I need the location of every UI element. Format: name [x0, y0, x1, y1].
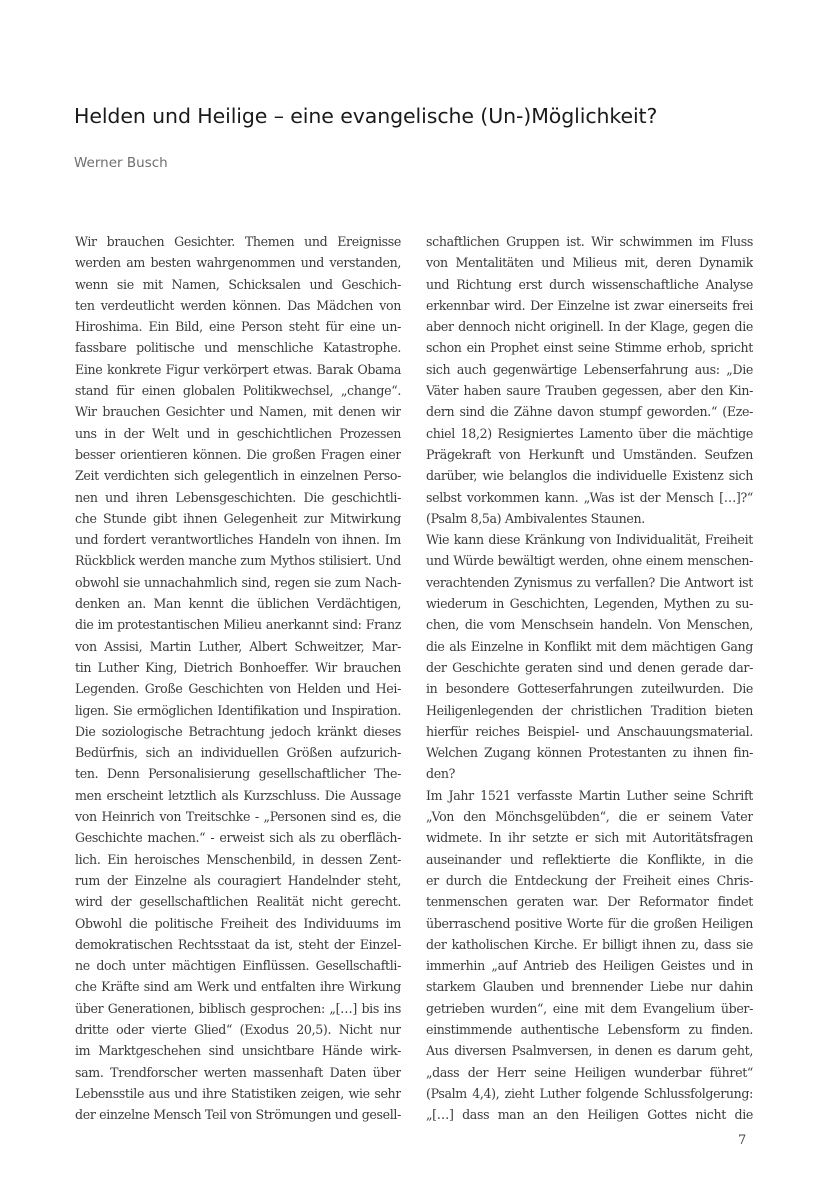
text-line: von Heinrich von Treitschke - „Personen …: [75, 806, 401, 827]
text-line: schon ein Prophet einst seine Stimme erh…: [426, 337, 753, 358]
text-column-left: Wir brauchen Gesichter. Themen und Ereig…: [75, 231, 401, 1125]
text-line: dern sind die Zähne davon stumpf geworde…: [426, 401, 753, 422]
page-number: 7: [738, 1133, 746, 1148]
text-line: Prägekraft von Herkunft und Umständen. S…: [426, 444, 753, 465]
text-line: getrieben wurden“, eine mit dem Evangeli…: [426, 998, 753, 1019]
text-line: „dass der Herr seine Heiligen wunderbar …: [426, 1062, 753, 1083]
text-line: der einzelne Mensch Teil von Strömungen …: [75, 1104, 401, 1125]
text-line: chen, die vom Menschsein handeln. Von Me…: [426, 614, 753, 635]
text-line: demokratischen Rechtsstaat da ist, steht…: [75, 934, 401, 955]
text-line: (Psalm 8,5a) Ambivalentes Staunen.: [426, 508, 753, 529]
document-page: Helden und Heilige – eine evangelische (…: [0, 0, 825, 1200]
text-line: und fordert verantwortliches Handeln von…: [75, 529, 401, 550]
text-line: Obwohl die politische Freiheit des Indiv…: [75, 913, 401, 934]
text-line: Bedürfnis, sich an individuellen Größen …: [75, 742, 401, 763]
text-line: wenn sie mit Namen, Schicksalen und Gesc…: [75, 274, 401, 295]
text-line: erkennbar wird. Der Einzelne ist zwar ei…: [426, 295, 753, 316]
text-line: im Marktgeschehen sind unsichtbare Hände…: [75, 1040, 401, 1061]
text-line: widmete. In ihr setzte er sich mit Autor…: [426, 827, 753, 848]
text-line: obwohl sie unnachahmlich sind, regen sie…: [75, 572, 401, 593]
text-line: hierfür reiches Beispiel- und Anschauung…: [426, 721, 753, 742]
text-line: Wir brauchen Gesichter und Namen, mit de…: [75, 401, 401, 422]
text-line: che Kräfte sind am Werk und entfalten ih…: [75, 976, 401, 997]
text-line: besser orientieren können. Die großen Fr…: [75, 444, 401, 465]
text-line: Wie kann diese Kränkung von Individualit…: [426, 529, 753, 550]
text-line: sich auch gegenwärtige Lebenserfahrung a…: [426, 359, 753, 380]
text-column-right: schaftlichen Gruppen ist. Wir schwimmen …: [426, 231, 753, 1125]
text-line: der katholischen Kirche. Er billigt ihne…: [426, 934, 753, 955]
text-line: wird der gesellschaftlichen Realität nic…: [75, 891, 401, 912]
text-line: (Psalm 4,4), zieht Luther folgende Schlu…: [426, 1083, 753, 1104]
text-line: Welchen Zugang können Protestanten zu ih…: [426, 742, 753, 763]
text-line: tin Luther King, Dietrich Bonhoeffer. Wi…: [75, 657, 401, 678]
text-line: Väter haben saure Trauben gegessen, aber…: [426, 380, 753, 401]
text-line: men erscheint letztlich als Kurzschluss.…: [75, 785, 401, 806]
text-line: schaftlichen Gruppen ist. Wir schwimmen …: [426, 231, 753, 252]
text-line: Rückblick werden manche zum Mythos stili…: [75, 550, 401, 571]
text-line: aber dennoch nicht originell. In der Kla…: [426, 316, 753, 337]
text-line: denken an. Man kennt die üblichen Verdäc…: [75, 593, 401, 614]
text-line: Die soziologische Betrachtung jedoch krä…: [75, 721, 401, 742]
text-line: werden am besten wahrgenommen und versta…: [75, 252, 401, 273]
text-line: Eine konkrete Figur verkörpert etwas. Ba…: [75, 359, 401, 380]
text-line: den?: [426, 763, 753, 784]
text-line: selbst vorkommen kann. „Was ist der Mens…: [426, 487, 753, 508]
text-line: ne doch unter mächtigen Einflüssen. Gese…: [75, 955, 401, 976]
text-line: er durch die Entdeckung der Freiheit ein…: [426, 870, 753, 891]
text-line: ligen. Sie ermöglichen Identifikation un…: [75, 700, 401, 721]
text-line: und Würde bewältigt werden, ohne einem m…: [426, 550, 753, 571]
text-line: einstimmende authentische Lebensform zu …: [426, 1019, 753, 1040]
text-line: uns in der Welt und in geschichtlichen P…: [75, 423, 401, 444]
text-line: „[…] dass man an den Heiligen Gottes nic…: [426, 1104, 753, 1125]
text-line: überraschend positive Worte für die groß…: [426, 913, 753, 934]
text-line: rum der Einzelne als couragiert Handelnd…: [75, 870, 401, 891]
text-line: Zeit verdichten sich gelegentlich in ein…: [75, 465, 401, 486]
text-line: Geschichte machen.“ - erweist sich als z…: [75, 827, 401, 848]
text-line: dritte oder vierte Glied“ (Exodus 20,5).…: [75, 1019, 401, 1040]
text-line: über Generationen, biblisch gesprochen: …: [75, 998, 401, 1019]
text-line: lich. Ein heroisches Menschenbild, in de…: [75, 849, 401, 870]
text-line: Legenden. Große Geschichten von Helden u…: [75, 678, 401, 699]
text-line: immerhin „auf Antrieb des Heiligen Geist…: [426, 955, 753, 976]
text-line: ten. Denn Personalisierung gesellschaftl…: [75, 763, 401, 784]
text-line: stand für einen globalen Politikwechsel,…: [75, 380, 401, 401]
text-line: Aus diversen Psalmversen, in denen es da…: [426, 1040, 753, 1061]
text-line: verachtenden Zynismus zu verfallen? Die …: [426, 572, 753, 593]
text-line: chiel 18,2) Resigniertes Lamento über di…: [426, 423, 753, 444]
text-line: che Stunde gibt ihnen Gelegenheit zur Mi…: [75, 508, 401, 529]
text-line: wiederum in Geschichten, Legenden, Mythe…: [426, 593, 753, 614]
text-line: starkem Glauben und brennender Liebe nur…: [426, 976, 753, 997]
text-line: Wir brauchen Gesichter. Themen und Ereig…: [75, 231, 401, 252]
text-line: darüber, wie belanglos die individuelle …: [426, 465, 753, 486]
text-line: und Richtung erst durch wissenschaftlich…: [426, 274, 753, 295]
text-line: fassbare politische und menschliche Kata…: [75, 337, 401, 358]
text-line: Heiligenlegenden der christlichen Tradit…: [426, 700, 753, 721]
text-line: die im protestantischen Milieu anerkannt…: [75, 614, 401, 635]
text-line: sam. Trendforscher werten massenhaft Dat…: [75, 1062, 401, 1083]
text-line: nen und ihren Lebensgeschichten. Die ges…: [75, 487, 401, 508]
text-line: „Von den Mönchsgelübden“, die er seinem …: [426, 806, 753, 827]
article-author: Werner Busch: [74, 155, 168, 171]
text-line: ten verdeutlicht werden können. Das Mädc…: [75, 295, 401, 316]
text-line: der Geschichte geraten sind und denen ge…: [426, 657, 753, 678]
article-title: Helden und Heilige – eine evangelische (…: [74, 104, 774, 128]
text-line: in besondere Gotteserfahrungen zuteilwur…: [426, 678, 753, 699]
text-line: Lebensstile aus und ihre Statistiken zei…: [75, 1083, 401, 1104]
text-line: auseinander und reflektierte die Konflik…: [426, 849, 753, 870]
text-line: von Mentalitäten und Milieus mit, deren …: [426, 252, 753, 273]
text-line: von Assisi, Martin Luther, Albert Schwei…: [75, 636, 401, 657]
text-line: tenmenschen geraten war. Der Reformator …: [426, 891, 753, 912]
text-line: die als Einzelne in Konflikt mit dem mäc…: [426, 636, 753, 657]
text-line: Hiroshima. Ein Bild, eine Person steht f…: [75, 316, 401, 337]
text-line: Im Jahr 1521 verfasste Martin Luther sei…: [426, 785, 753, 806]
